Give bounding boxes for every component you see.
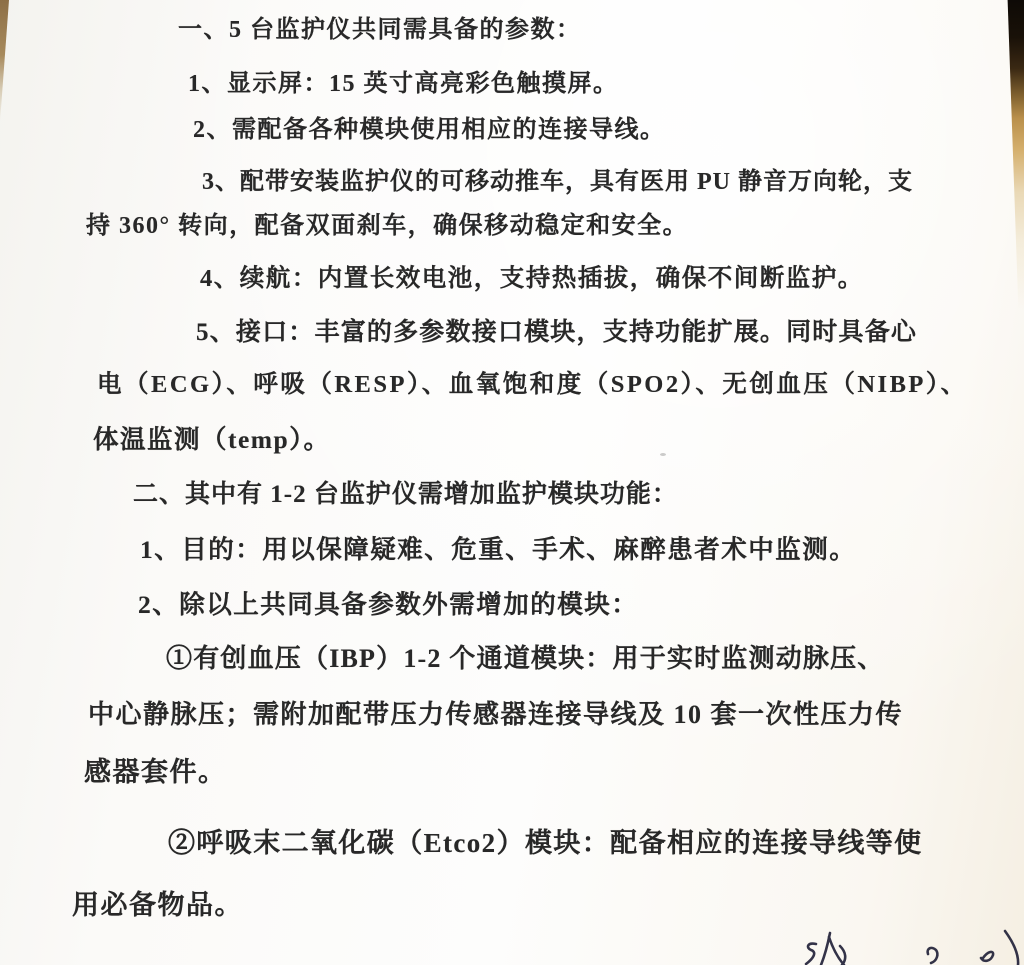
text-line: 用必备物品。 bbox=[72, 892, 243, 919]
text-line: 电（ECG）、呼吸（RESP）、血氧饱和度（SPO2）、无创血压（NIBP）、 bbox=[97, 373, 968, 398]
text-line: ①有创血压（IBP）1-2 个通道模块：用于实时监测动脉压、 bbox=[166, 646, 885, 672]
text-line: 5、接口：丰富的多参数接口模块，支持功能扩展。同时具备心 bbox=[196, 320, 917, 345]
text-line: 1、目的：用以保障疑难、危重、手术、麻醉患者术中监测。 bbox=[140, 537, 856, 563]
text-line: 感器套件。 bbox=[84, 759, 227, 786]
handwritten-signature bbox=[800, 925, 1024, 965]
text-line: 1、显示屏：15 英寸高亮彩色触摸屏。 bbox=[188, 72, 619, 96]
photo-background-edge-left bbox=[0, 0, 9, 122]
document-page: 一、5 台监护仪共同需具备的参数： 1、显示屏：15 英寸高亮彩色触摸屏。 2、… bbox=[0, 0, 1024, 965]
text-line: 2、除以上共同具备参数外需增加的模块： bbox=[138, 592, 638, 618]
photo-background-edge-right bbox=[1004, 0, 1024, 310]
paper-speck bbox=[660, 453, 666, 456]
text-line: 体温监测（temp）。 bbox=[93, 427, 330, 453]
text-line: ②呼吸末二氧化碳（Etco2）模块：配备相应的连接导线等使 bbox=[168, 830, 923, 857]
text-line: 中心静脉压；需附加配带压力传感器连接导线及 10 套一次性压力传 bbox=[88, 702, 903, 728]
text-line: 4、续航：内置长效电池，支持热插拔，确保不间断监护。 bbox=[200, 267, 864, 292]
text-line: 一、5 台监护仪共同需具备的参数： bbox=[178, 18, 582, 42]
text-line: 持 360° 转向，配备双面刹车，确保移动稳定和安全。 bbox=[86, 214, 688, 238]
text-line: 2、需配备各种模块使用相应的连接导线。 bbox=[193, 118, 666, 142]
text-line: 二、其中有 1-2 台监护仪需增加监护模块功能： bbox=[133, 482, 678, 507]
text-line: 3、配带安装监护仪的可移动推车，具有医用 PU 静音万向轮，支 bbox=[202, 170, 913, 194]
